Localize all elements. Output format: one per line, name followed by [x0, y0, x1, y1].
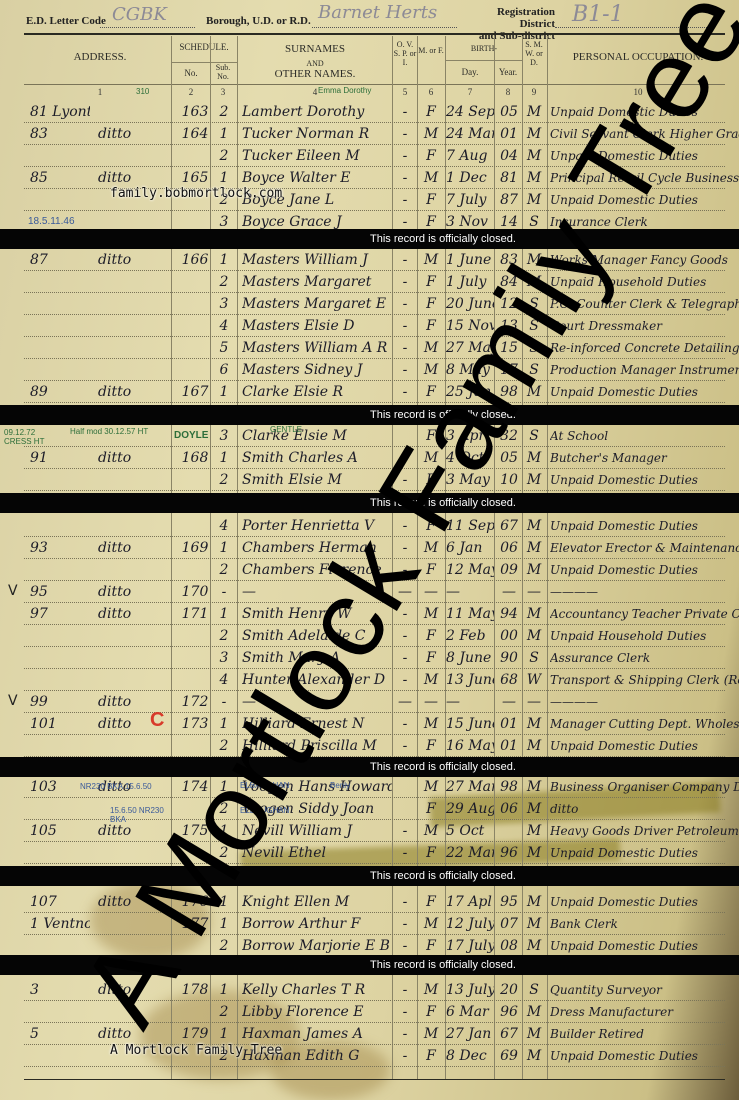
- cell-year: 96: [494, 1001, 524, 1023]
- cell-sub: 4: [213, 669, 235, 691]
- cell-day: 3 May: [446, 469, 494, 491]
- cell-sex: F: [418, 559, 444, 581]
- cell-occ: ditto: [550, 798, 739, 820]
- cell-status: M: [522, 537, 546, 559]
- table-row: 83ditto1641Tucker Norman R-M24 Mar01MCiv…: [0, 123, 739, 145]
- cell-occ: Assurance Clerk: [550, 647, 739, 669]
- cell-day: 15 Nov: [446, 315, 494, 337]
- cell-year: 87: [494, 189, 524, 211]
- cell-sch: [176, 842, 214, 864]
- cell-occ: Re-inforced Concrete Detailing Draughtsm…: [550, 337, 739, 359]
- cell-sex: M: [418, 820, 444, 842]
- cell-sex: F: [418, 293, 444, 315]
- cell-status: M: [522, 1045, 546, 1067]
- cell-sex: M: [418, 979, 444, 1001]
- annotation-elbaughan-2: ELBAUGHAN: [240, 806, 289, 815]
- cell-name: Chambers Herman: [242, 537, 392, 559]
- cell-sub: 2: [213, 735, 235, 757]
- cell-year: [494, 820, 524, 842]
- column-number-8: 8: [494, 87, 522, 97]
- cell-year: 32: [494, 425, 524, 447]
- cell-sub: 1: [213, 979, 235, 1001]
- column-number-rule: [24, 84, 725, 85]
- registration-district-label: Registration District and Sub-district: [465, 6, 555, 42]
- cell-day: 5 Oct: [446, 820, 494, 842]
- cell-occ: ————: [550, 691, 739, 713]
- cell-name: Masters William J: [242, 249, 392, 271]
- column-number-10: 10: [548, 87, 728, 97]
- borough-value: Barnet Herts: [318, 2, 437, 23]
- cell-day: 29 Aug: [446, 798, 494, 820]
- cell-day: 7 July: [446, 189, 494, 211]
- cell-addr2: [98, 842, 158, 864]
- cell-ovsp: -: [392, 713, 418, 735]
- cell-year: 05: [494, 101, 524, 123]
- cell-sub: 3: [213, 647, 235, 669]
- cell-sub: 2: [213, 625, 235, 647]
- cell-status: M: [522, 189, 546, 211]
- cell-sex: M: [418, 1023, 444, 1045]
- cell-sex: F: [418, 1001, 444, 1023]
- table-row: 4Masters Elsie D-F15 Nov13SCourt Dressma…: [0, 315, 739, 337]
- cell-sub: 2: [213, 559, 235, 581]
- cell-year: 06: [494, 798, 524, 820]
- cell-day: 8 June: [446, 647, 494, 669]
- table-row: 2Nevill Ethel-F22 Mar96MUnpaid Domestic …: [0, 842, 739, 864]
- cell-addr: [30, 1045, 90, 1067]
- cell-occ: Business Organiser Company Director: [550, 776, 739, 798]
- cell-addr2: ditto: [98, 381, 158, 403]
- census-register-page: E.D. Letter Code CGBK Borough, U.D. or R…: [0, 0, 739, 1100]
- url-watermark: family.bobmortlock.com: [110, 186, 282, 201]
- cell-name: Lambert Dorothy: [242, 101, 392, 123]
- cell-day: 27 Jan: [446, 1023, 494, 1045]
- cell-addr2: ditto: [98, 123, 158, 145]
- cell-sch: [176, 271, 214, 293]
- cell-addr: [30, 1001, 90, 1023]
- annotation-elbaughan: ELBAUGHAN: [240, 781, 289, 790]
- cell-ovsp: [392, 776, 418, 798]
- cell-year: 17: [494, 359, 524, 381]
- col-sex: M. or F.: [418, 46, 444, 55]
- cell-status: S: [522, 293, 546, 315]
- cell-year: 05: [494, 447, 524, 469]
- cell-sex: F: [418, 271, 444, 293]
- cell-addr2: ditto: [98, 979, 158, 1001]
- cell-occ: Unpaid Domestic Duties: [550, 891, 739, 913]
- cell-sex: M: [418, 167, 444, 189]
- column-number-2: 2: [172, 87, 210, 97]
- cell-ovsp: [392, 425, 418, 447]
- cell-ovsp: -: [392, 935, 418, 957]
- cell-sub: 2: [213, 1001, 235, 1023]
- cell-addr: [30, 145, 90, 167]
- cell-name: Tucker Eileen M: [242, 145, 392, 167]
- cell-day: 24 Mar: [446, 123, 494, 145]
- cell-addr2: [98, 559, 158, 581]
- cell-sch: 168: [176, 447, 214, 469]
- cell-year: 01: [494, 735, 524, 757]
- cell-addr2: ditto: [98, 713, 158, 735]
- cell-addr2: [98, 359, 158, 381]
- col-schedule-no: No.: [172, 68, 210, 79]
- cell-status: W: [522, 669, 546, 691]
- cell-name: Masters Sidney J: [242, 359, 392, 381]
- row-rule: [24, 1066, 725, 1067]
- cell-name: Smith Mary A: [242, 647, 392, 669]
- cell-day: 7 Aug: [446, 145, 494, 167]
- cell-year: 81: [494, 167, 524, 189]
- cell-status: M: [522, 167, 546, 189]
- cell-day: 6 Jan: [446, 537, 494, 559]
- cell-sex: M: [418, 123, 444, 145]
- cell-day: 12 May: [446, 559, 494, 581]
- cell-addr: 5: [30, 1023, 90, 1045]
- cell-addr2: [98, 315, 158, 337]
- cell-occ: At School: [550, 425, 739, 447]
- annotation-col1: 310: [136, 87, 149, 96]
- cell-year: 98: [494, 381, 524, 403]
- cell-occ: Unpaid Domestic Duties: [550, 469, 739, 491]
- footer-rule: [24, 1079, 725, 1080]
- closed-record-text: This record is officially closed.: [370, 757, 516, 777]
- cell-addr2: [98, 625, 158, 647]
- red-c-stamp: C: [150, 709, 164, 732]
- cell-sch: [176, 647, 214, 669]
- column-number-5: 5: [393, 87, 417, 97]
- table-row: 2Smith Elsie M-F3 May10MUnpaid Domestic …: [0, 469, 739, 491]
- cell-ovsp: -: [392, 145, 418, 167]
- cell-addr: 99: [30, 691, 90, 713]
- cell-status: M: [522, 123, 546, 145]
- cell-addr2: ditto: [98, 891, 158, 913]
- cell-sch: [176, 145, 214, 167]
- table-row: 2Tucker Eileen M-F7 Aug04MUnpaid Domesti…: [0, 145, 739, 167]
- cell-name: —: [242, 691, 392, 713]
- cell-day: 13 July: [446, 979, 494, 1001]
- cell-day: —: [446, 691, 494, 713]
- cell-sub: 1: [213, 776, 235, 798]
- cell-sch: 174: [176, 776, 214, 798]
- cell-sub: 2: [213, 935, 235, 957]
- closed-record-bar: This record is officially closed.: [0, 955, 739, 975]
- cell-status: —: [522, 581, 546, 603]
- cell-sch: 167: [176, 381, 214, 403]
- annotation-voogen-2: 15.6.50 NR230 BKA: [110, 806, 180, 824]
- cell-status: M: [522, 515, 546, 537]
- cell-sub: 3: [213, 425, 235, 447]
- cell-year: 90: [494, 647, 524, 669]
- cell-addr: [30, 337, 90, 359]
- cell-occ: Unpaid Domestic Duties: [550, 381, 739, 403]
- cell-status: M: [522, 1023, 546, 1045]
- cell-sex: M: [418, 669, 444, 691]
- cell-ovsp: -: [392, 337, 418, 359]
- cell-addr2: [98, 515, 158, 537]
- cell-occ: Elevator Erector & Maintenance Engineer: [550, 537, 739, 559]
- cell-status: S: [522, 315, 546, 337]
- cell-addr2: [98, 271, 158, 293]
- cell-sex: F: [418, 647, 444, 669]
- cell-addr: [30, 935, 90, 957]
- cell-sex: F: [418, 145, 444, 167]
- cell-sub: 2: [213, 469, 235, 491]
- cell-sex: F: [418, 625, 444, 647]
- cell-sex: F: [418, 315, 444, 337]
- cell-ovsp: -: [392, 447, 418, 469]
- cell-day: 1 July: [446, 271, 494, 293]
- closed-record-text: This record is officially closed.: [370, 955, 516, 975]
- cell-year: 01: [494, 123, 524, 145]
- cell-ovsp: -: [392, 647, 418, 669]
- cell-sub: 1: [213, 381, 235, 403]
- cell-ovsp: -: [392, 820, 418, 842]
- cell-name: Smith Adelaide C: [242, 625, 392, 647]
- cell-year: 67: [494, 515, 524, 537]
- cell-ovsp: [392, 798, 418, 820]
- cell-status: M: [522, 891, 546, 913]
- reg-label-line1: Registration District: [465, 6, 555, 30]
- cell-addr2: [98, 469, 158, 491]
- cell-status: M: [522, 559, 546, 581]
- cell-sch: [176, 315, 214, 337]
- cell-ovsp: -: [392, 842, 418, 864]
- cell-sex: F: [418, 515, 444, 537]
- cell-addr: 107: [30, 891, 90, 913]
- cell-name: Knight Ellen M: [242, 891, 392, 913]
- closed-record-text: This record is officially closed.: [370, 229, 516, 249]
- cell-year: 10: [494, 469, 524, 491]
- cell-occ: Unpaid Domestic Duties: [550, 935, 739, 957]
- cell-year: 08: [494, 935, 524, 957]
- cell-day: 13 June: [446, 669, 494, 691]
- table-row: 95ditto170-——————————V: [0, 581, 739, 603]
- cell-name: Porter Henrietta V: [242, 515, 392, 537]
- cell-year: 69: [494, 1045, 524, 1067]
- cell-sex: M: [418, 776, 444, 798]
- closed-record-bar: This record is officially closed.: [0, 757, 739, 777]
- row-rule: [24, 490, 725, 491]
- table-row: 2Borrow Marjorie E B-F17 July08MUnpaid D…: [0, 935, 739, 957]
- cell-occ: Bank Clerk: [550, 913, 739, 935]
- cell-ovsp: -: [392, 1045, 418, 1067]
- cell-name: Smith Elsie M: [242, 469, 392, 491]
- dotted-fill: [100, 27, 195, 28]
- cell-ovsp: -: [392, 625, 418, 647]
- dotted-fill: [555, 27, 715, 28]
- cell-sub: 1: [213, 123, 235, 145]
- cell-sex: M: [418, 713, 444, 735]
- cell-occ: ————: [550, 581, 739, 603]
- cell-day: 17 Apl: [446, 891, 494, 913]
- cell-sch: [176, 935, 214, 957]
- cell-occ: Unpaid Domestic Duties: [550, 842, 739, 864]
- cell-sub: 6: [213, 359, 235, 381]
- birth-rule: [446, 60, 522, 61]
- cell-day: 27 Mar: [446, 776, 494, 798]
- cell-name: Borrow Marjorie E B: [242, 935, 392, 957]
- cell-sub: 1: [213, 913, 235, 935]
- cell-occ: Civil Servant Clerk Higher Grade: [550, 123, 739, 145]
- cell-status: S: [522, 359, 546, 381]
- cell-sch: 163: [176, 101, 214, 123]
- cell-ovsp: -: [392, 559, 418, 581]
- cell-sch: 171: [176, 603, 214, 625]
- table-row: 107ditto1761Knight Ellen M-F17 Apl95MUnp…: [0, 891, 739, 913]
- cell-addr2: ditto: [98, 603, 158, 625]
- cell-sch: 173: [176, 713, 214, 735]
- cell-sex: M: [418, 337, 444, 359]
- cell-name: Nevill William J: [242, 820, 392, 842]
- cell-year: 01: [494, 713, 524, 735]
- cell-addr: 105: [30, 820, 90, 842]
- cell-ovsp: -: [392, 123, 418, 145]
- cell-sex: F: [418, 381, 444, 403]
- cell-occ: Dress Manufacturer: [550, 1001, 739, 1023]
- cell-sub: 5: [213, 337, 235, 359]
- cell-ovsp: -: [392, 669, 418, 691]
- cell-name: Hilliard Priscilla M: [242, 735, 392, 757]
- cell-sub: -: [213, 691, 235, 713]
- table-row: 2Chambers Florence-F12 May09MUnpaid Dome…: [0, 559, 739, 581]
- cell-occ: Unpaid Domestic Duties: [550, 515, 739, 537]
- cell-addr2: ditto: [98, 447, 158, 469]
- col-address: ADDRESS.: [30, 52, 170, 63]
- annotation-row6: 18.5.11.46: [28, 216, 75, 227]
- cell-addr: 87: [30, 249, 90, 271]
- cell-sub: 4: [213, 515, 235, 537]
- cell-sch: [176, 1001, 214, 1023]
- cell-sex: M: [418, 249, 444, 271]
- cell-year: —: [494, 691, 524, 713]
- cell-sub: 1: [213, 249, 235, 271]
- cell-sch: 175: [176, 820, 214, 842]
- cell-sch: [176, 293, 214, 315]
- cell-sex: M: [418, 913, 444, 935]
- cell-addr2: [98, 647, 158, 669]
- check-tick: V: [8, 583, 18, 599]
- cell-sex: F: [418, 935, 444, 957]
- cell-sex: F: [418, 425, 444, 447]
- cell-year: 12: [494, 293, 524, 315]
- cell-sch: 178: [176, 979, 214, 1001]
- cell-status: M: [522, 842, 546, 864]
- cell-status: M: [522, 735, 546, 757]
- cell-sex: F: [418, 469, 444, 491]
- cell-addr: [30, 625, 90, 647]
- cell-occ: Production Manager Instrument Manufactur…: [550, 359, 739, 381]
- cell-day: 15 June: [446, 713, 494, 735]
- cell-status: S: [522, 979, 546, 1001]
- table-row: 5Masters William A R-M27 May15SRe-inforc…: [0, 337, 739, 359]
- cell-sub: -: [213, 581, 235, 603]
- cell-day: 11 Sept: [446, 515, 494, 537]
- cell-sch: 169: [176, 537, 214, 559]
- cell-status: S: [522, 647, 546, 669]
- cell-ovsp: -: [392, 359, 418, 381]
- cell-day: 22 Mar: [446, 842, 494, 864]
- cell-occ: Unpaid Domestic Duties: [550, 559, 739, 581]
- cell-occ: Unpaid Household Duties: [550, 271, 739, 293]
- cell-status: M: [522, 271, 546, 293]
- cell-status: S: [522, 337, 546, 359]
- schedule-rule: [172, 62, 237, 63]
- cell-addr: 89: [30, 381, 90, 403]
- table-row: 97ditto1711Smith Henry W-M11 May94MAccou…: [0, 603, 739, 625]
- closed-record-bar: This record is officially closed.: [0, 405, 739, 425]
- cell-sex: F: [418, 101, 444, 123]
- cell-name: —: [242, 581, 392, 603]
- cell-sub: 1: [213, 447, 235, 469]
- cell-addr: [30, 735, 90, 757]
- cell-sch: [176, 669, 214, 691]
- col-surnames: SURNAMES: [238, 44, 392, 55]
- column-number-7: 7: [446, 87, 494, 97]
- table-row: 2Smith Adelaide C-F2 Feb00MUnpaid Househ…: [0, 625, 739, 647]
- cell-ovsp: —: [392, 691, 418, 713]
- cell-sub: 2: [213, 271, 235, 293]
- cell-status: M: [522, 381, 546, 403]
- cell-sub: 3: [213, 293, 235, 315]
- cell-addr: [30, 469, 90, 491]
- cell-sex: F: [418, 735, 444, 757]
- cell-sch: [176, 559, 214, 581]
- cell-ovsp: -: [392, 979, 418, 1001]
- cell-day: 16 May: [446, 735, 494, 757]
- dotted-fill: [312, 27, 457, 28]
- table-row: 3Smith Mary A-F8 June90SAssurance Clerk: [0, 647, 739, 669]
- cell-day: 1 Dec: [446, 167, 494, 189]
- cell-occ: Manager Cutting Dept. Wholesale Clothing: [550, 713, 739, 735]
- cell-day: —: [446, 581, 494, 603]
- cell-sex: F: [418, 842, 444, 864]
- closed-record-bar: This record is officially closed.: [0, 229, 739, 249]
- cell-day: 11 May: [446, 603, 494, 625]
- cell-addr: 97: [30, 603, 90, 625]
- annotation-gentle: GENTLE: [270, 425, 302, 434]
- table-row: 5ditto1791Haxman James A-M27 Jan67MBuild…: [0, 1023, 739, 1045]
- cell-sex: F: [418, 891, 444, 913]
- col-birth-year: Year.: [494, 67, 522, 78]
- cell-addr2: ditto: [98, 691, 158, 713]
- cell-status: M: [522, 603, 546, 625]
- cell-addr2: [98, 337, 158, 359]
- cell-sch: 166: [176, 249, 214, 271]
- cell-year: 95: [494, 891, 524, 913]
- cell-addr: [30, 515, 90, 537]
- cell-addr2: ditto: [98, 537, 158, 559]
- cell-sch: [176, 735, 214, 757]
- cell-sub: 2: [213, 842, 235, 864]
- cell-addr2: ditto: [98, 1023, 158, 1045]
- cell-status: —: [522, 691, 546, 713]
- cell-year: 98: [494, 776, 524, 798]
- cell-addr: [30, 293, 90, 315]
- cell-name: Hilliard Ernest N: [242, 713, 392, 735]
- cell-name: Borrow Arthur F: [242, 913, 392, 935]
- cell-occ: Transport & Shipping Clerk (Retired): [550, 669, 739, 691]
- cell-name: Chambers Florence: [242, 559, 392, 581]
- cell-day: 12 July: [446, 913, 494, 935]
- table-row: 1 Ventnor1771Borrow Arthur F-M12 July07M…: [0, 913, 739, 935]
- cell-year: 09: [494, 559, 524, 581]
- cell-addr: [30, 189, 90, 211]
- col-birth-day: Day.: [446, 67, 494, 78]
- cell-year: —: [494, 581, 524, 603]
- cell-year: 94: [494, 603, 524, 625]
- borough-label: Borough, U.D. or R.D.: [206, 15, 311, 27]
- cell-occ: Unpaid Household Duties: [550, 625, 739, 647]
